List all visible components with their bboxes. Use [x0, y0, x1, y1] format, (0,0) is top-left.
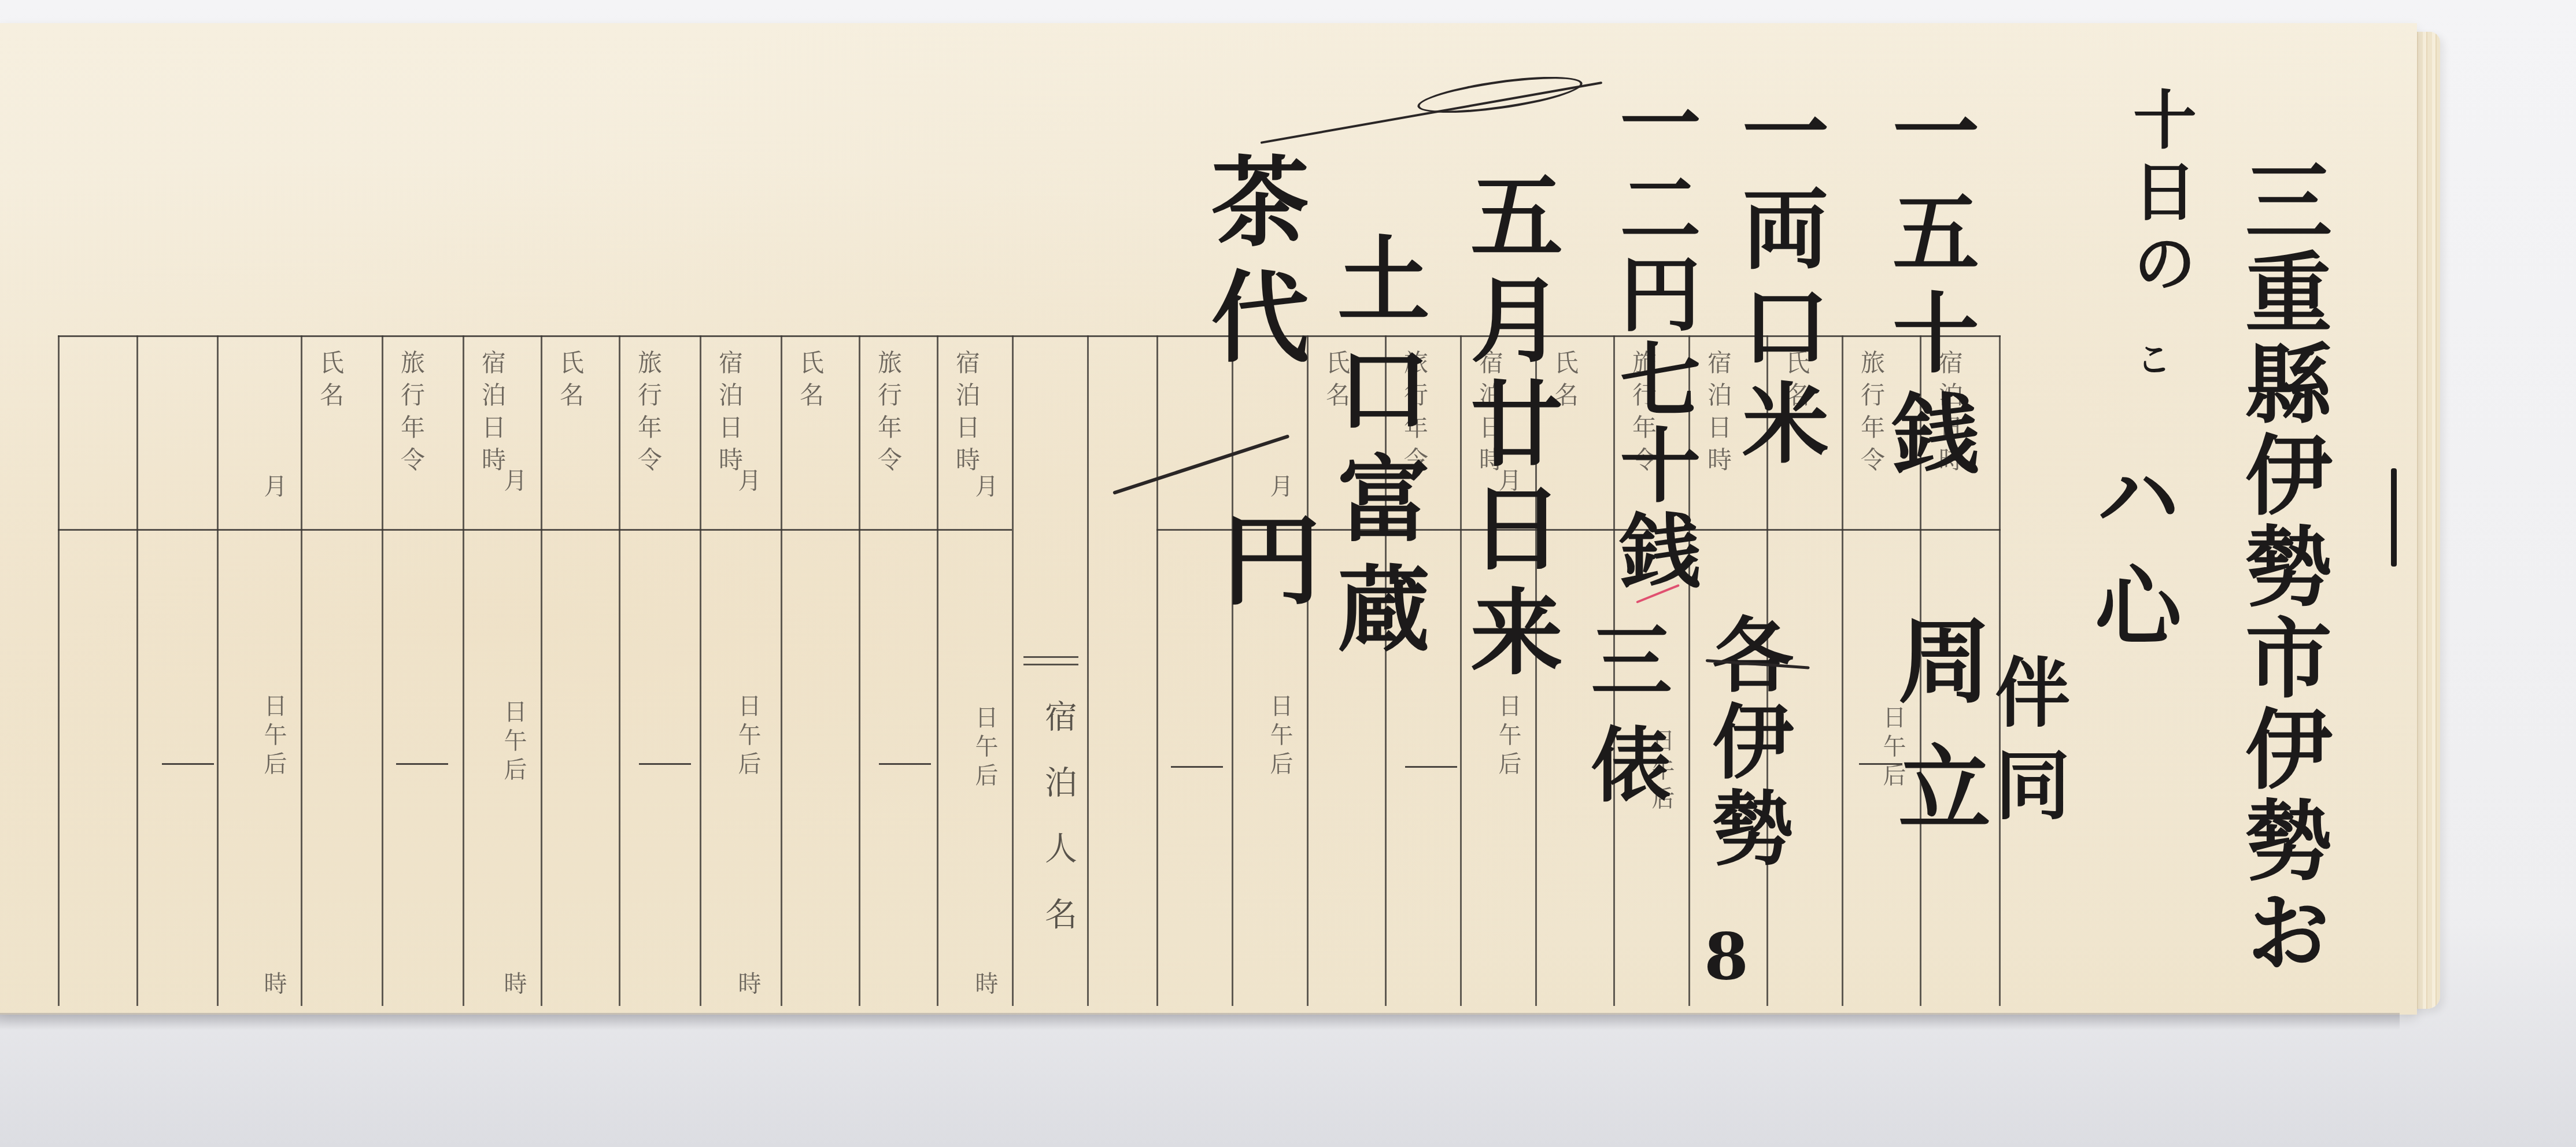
handwritten-item-5: 土口富蔵: [1330, 231, 1422, 671]
cell-month: 月: [257, 474, 290, 503]
handwritten-date-note: 十日の: [2128, 87, 2191, 302]
cell-hour: 時: [731, 971, 764, 1000]
handwritten-note: ハ心: [2087, 451, 2174, 671]
page-shadow: [0, 1013, 2400, 1030]
column-rule: [1012, 335, 1014, 1006]
handwritten-item-4: 五月廿日来: [1463, 168, 1555, 688]
header-name: 氏名: [318, 350, 342, 523]
column-rule: [1156, 335, 1158, 1006]
handwritten-item-3: 一二円七十銭: [1613, 81, 1694, 594]
age-dash: [639, 763, 691, 765]
handwritten-item-6: 茶代: [1203, 150, 1301, 382]
cell-day-time: 日午后: [1263, 694, 1296, 780]
column-rule: [859, 335, 860, 1006]
column-rule: [382, 335, 383, 1006]
header-travel-age: 旅行年令: [876, 350, 900, 523]
column-rule: [781, 335, 782, 1006]
margin-stroke: [2391, 468, 2397, 567]
column-rule: [619, 335, 620, 1006]
header-travel-age: 旅行年令: [399, 350, 423, 523]
cell-month: 月: [731, 468, 764, 497]
age-dash: [1405, 766, 1457, 768]
column-rule: [217, 335, 219, 1006]
cell-day-time: 日午后: [969, 705, 1001, 792]
center-label-guest-names: 宿泊人名: [1035, 700, 1081, 963]
header-name: 氏名: [798, 350, 822, 523]
header-bottom-rule-left: [58, 529, 1012, 531]
age-dash: [396, 763, 448, 765]
header-stay-datetime: 宿泊日時: [1706, 350, 1730, 523]
cell-month: 月: [497, 468, 530, 497]
header-name: 氏名: [558, 350, 582, 523]
column-rule: [301, 335, 302, 1006]
cell-day-time: 日午后: [1492, 694, 1525, 780]
handwritten-item-3-suffix: 三俵: [1584, 619, 1665, 827]
header-travel-age: 旅行年令: [636, 350, 660, 523]
handwritten-small-mark: こ: [2134, 341, 2168, 376]
handwritten-item-1-suffix: 周立: [1891, 613, 1983, 867]
age-dash: [1171, 766, 1223, 768]
center-double-rule: [1023, 664, 1078, 665]
cell-hour: 時: [969, 971, 1001, 1000]
handwritten-companion: 伴同: [1989, 653, 2064, 838]
cell-hour: 時: [257, 971, 290, 1000]
age-dash: [879, 763, 931, 765]
table-top-rule: [58, 335, 2001, 337]
column-rule: [1087, 335, 1089, 1006]
cell-month: 月: [1263, 474, 1296, 503]
handwritten-item-2-number: 8: [1694, 919, 1758, 994]
column-rule: [136, 335, 138, 1006]
handwritten-item-2: 一両口米: [1735, 87, 1821, 475]
center-double-rule: [1023, 656, 1078, 658]
age-dash: [162, 763, 214, 765]
handwritten-item-2-suffix: 各伊勢: [1706, 613, 1787, 873]
column-rule: [1232, 335, 1233, 1006]
header-stay-datetime: 宿泊日時: [717, 350, 741, 523]
handwritten-item-1: 一五十銭: [1885, 87, 1972, 489]
header-stay-datetime: 宿泊日時: [480, 350, 504, 523]
column-rule: [937, 335, 938, 1006]
cell-day-time: 日午后: [257, 694, 290, 780]
column-rule: [463, 335, 464, 1006]
cell-month: 月: [969, 474, 1001, 503]
column-rule: [541, 335, 542, 1006]
column-rule: [1307, 335, 1309, 1006]
cell-hour: 時: [497, 971, 530, 1000]
cell-day-time: 日午后: [731, 694, 764, 780]
cell-day-time: 日午后: [497, 700, 530, 786]
table-border-left: [58, 335, 60, 1006]
handwritten-item-6-suffix: 円: [1214, 509, 1313, 607]
column-rule: [1842, 335, 1843, 1006]
handwritten-address: 三重縣伊勢市伊勢お: [2238, 156, 2324, 978]
column-rule: [700, 335, 701, 1006]
